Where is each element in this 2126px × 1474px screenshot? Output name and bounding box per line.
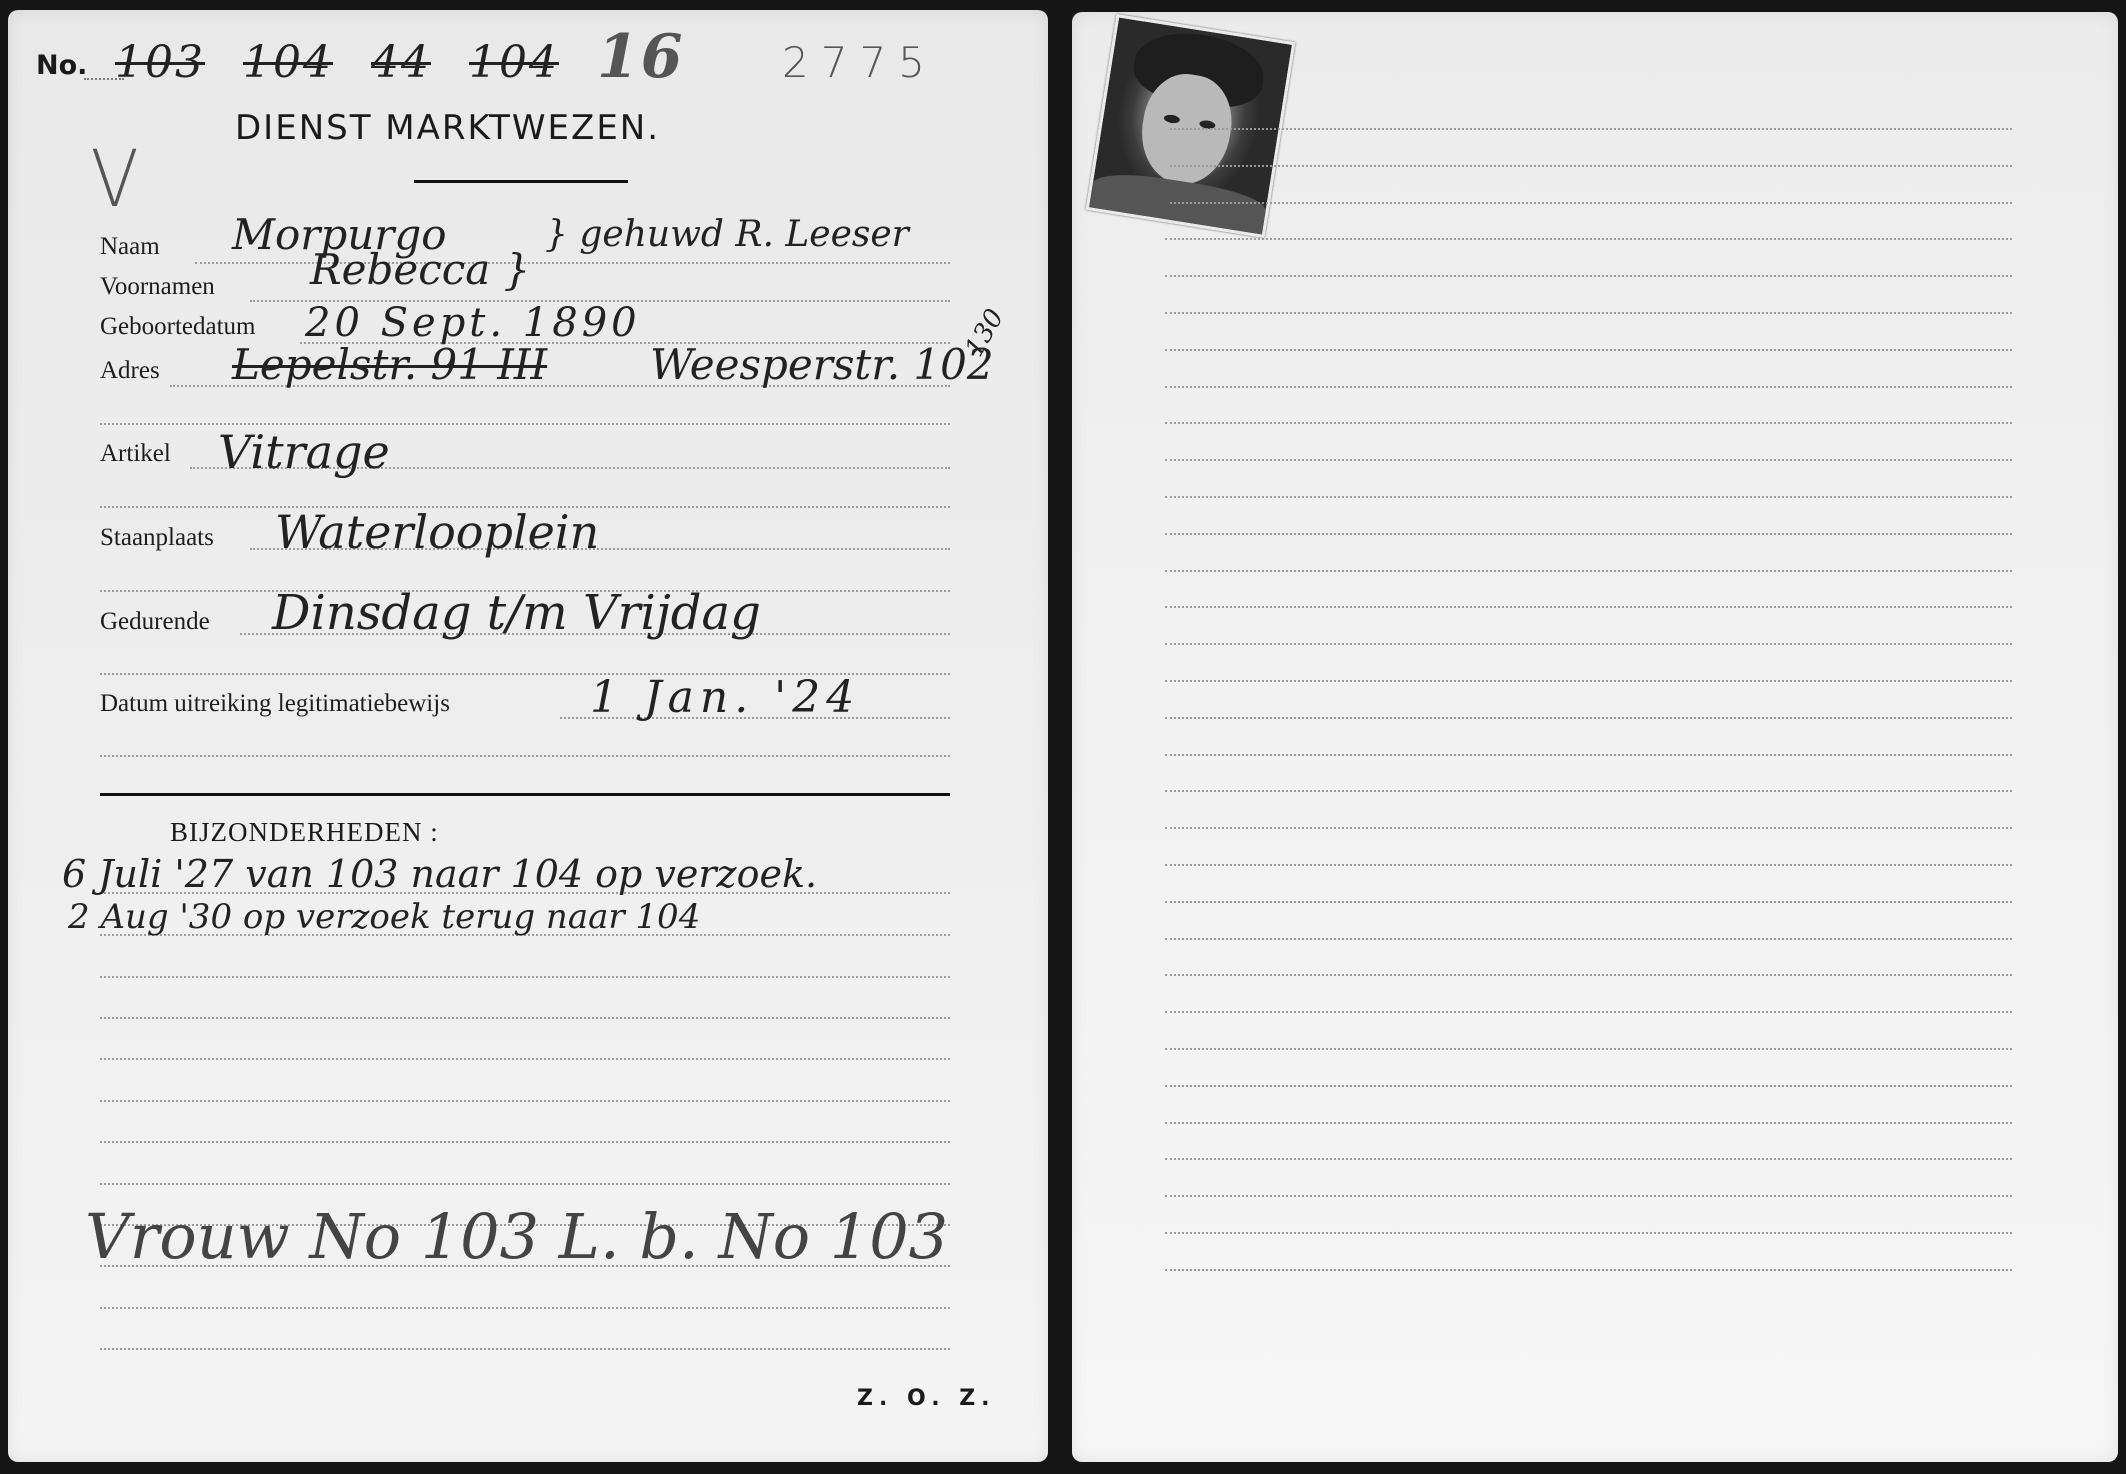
number-values: 103 104 44 104 16 [115, 22, 706, 92]
dotted-line-blank-5 [100, 1141, 950, 1143]
back-ruled-line [1165, 974, 2012, 976]
back-ruled-line [1165, 1232, 2012, 1234]
back-ruled-line [1165, 643, 2012, 645]
back-ruled-line [1165, 1158, 2012, 1160]
number-value-current: 16 [597, 22, 685, 92]
field-label-naam: Naam [100, 233, 160, 261]
back-ruled-line [1165, 1269, 2012, 1271]
check-mark-icon: V [91, 135, 139, 225]
dotted-line-blank-4 [100, 1100, 950, 1102]
back-ruled-line [1170, 128, 2012, 130]
bijzonderheden-note-2: 2 Aug '30 op verzoek terug naar 104 [68, 897, 700, 937]
card-title: DIENST MARKTWEZEN. [235, 108, 660, 148]
field-label-artikel: Artikel [100, 440, 171, 468]
field-value-datum-uitreiking: 1 Jan. '24 [590, 672, 860, 723]
back-ruled-line [1170, 202, 2012, 204]
back-ruled-line [1170, 165, 2012, 167]
back-ruled-line [1165, 1011, 2012, 1013]
number-value-2: 104 [243, 37, 333, 88]
dotted-line-blank-10 [100, 1348, 950, 1350]
back-ruled-line [1165, 275, 2012, 277]
back-ruled-line [1165, 496, 2012, 498]
field-value-artikel: Vitrage [218, 425, 390, 479]
number-value-4: 104 [469, 37, 559, 88]
back-ruled-line [1165, 864, 2012, 866]
field-label-voornamen: Voornamen [100, 273, 215, 301]
back-ruled-line [1165, 533, 2012, 535]
field-label-datum-uitreiking: Datum uitreiking legitimatiebewijs [100, 690, 450, 718]
field-label-gedurende: Gedurende [100, 608, 210, 636]
back-ruled-line [1165, 570, 2012, 572]
back-ruled-line [1165, 827, 2012, 829]
field-annotation-naam: } gehuwd R. Leeser [545, 214, 909, 255]
back-ruled-line [1165, 1195, 2012, 1197]
dotted-line-naam [195, 262, 950, 264]
field-label-adres: Adres [100, 357, 160, 385]
dotted-line-blank-3 [100, 1058, 950, 1060]
field-value-staanplaats: Waterlooplein [275, 505, 599, 559]
bijzonderheden-note-1: 6 Juli '27 van 103 naar 104 op verzoek. [62, 852, 817, 896]
field-value-adres: Weesperstr. 102 [650, 340, 994, 389]
field-value-voornamen: Rebecca } [310, 245, 530, 294]
back-ruled-line [1165, 901, 2012, 903]
back-ruled-line [1165, 680, 2012, 682]
dotted-line-blank-6 [100, 1183, 950, 1185]
archive-number: 2775 [782, 38, 937, 87]
number-value-3: 44 [371, 37, 431, 88]
dotted-line-blank-2 [100, 1017, 950, 1019]
back-ruled-line [1165, 238, 2012, 240]
back-ruled-line [1165, 1085, 2012, 1087]
signature-note: Vrouw No 103 L. b. No 103 [85, 1200, 948, 1273]
back-ruled-line [1165, 606, 2012, 608]
section-divider [100, 793, 950, 796]
back-ruled-line [1165, 1122, 2012, 1124]
number-label: No. [36, 50, 87, 81]
field-value-gedurende: Dinsdag t/m Vrijdag [272, 585, 761, 641]
back-ruled-line [1165, 717, 2012, 719]
back-ruled-line [1165, 938, 2012, 940]
back-ruled-line [1165, 312, 2012, 314]
dotted-line-separator-5 [100, 755, 950, 757]
portrait-photo [1086, 14, 1296, 238]
number-value-1: 103 [115, 37, 205, 88]
back-ruled-line [1165, 422, 2012, 424]
field-label-geboortedatum: Geboortedatum [100, 313, 256, 341]
title-underline [414, 180, 628, 183]
back-ruled-line [1165, 754, 2012, 756]
field-label-staanplaats: Staanplaats [100, 524, 214, 552]
back-ruled-line [1165, 790, 2012, 792]
back-ruled-line [1165, 1048, 2012, 1050]
dotted-line-blank-9 [100, 1307, 950, 1309]
back-ruled-line [1165, 349, 2012, 351]
back-ruled-line [1165, 459, 2012, 461]
back-ruled-line [1165, 386, 2012, 388]
footer-zoz: Z. O. Z. [857, 1386, 996, 1411]
bijzonderheden-heading: BIJZONDERHEDEN : [170, 817, 439, 848]
dotted-line-blank-1 [100, 976, 950, 978]
field-value-adres-old: Lepelstr. 91 III [232, 340, 547, 389]
